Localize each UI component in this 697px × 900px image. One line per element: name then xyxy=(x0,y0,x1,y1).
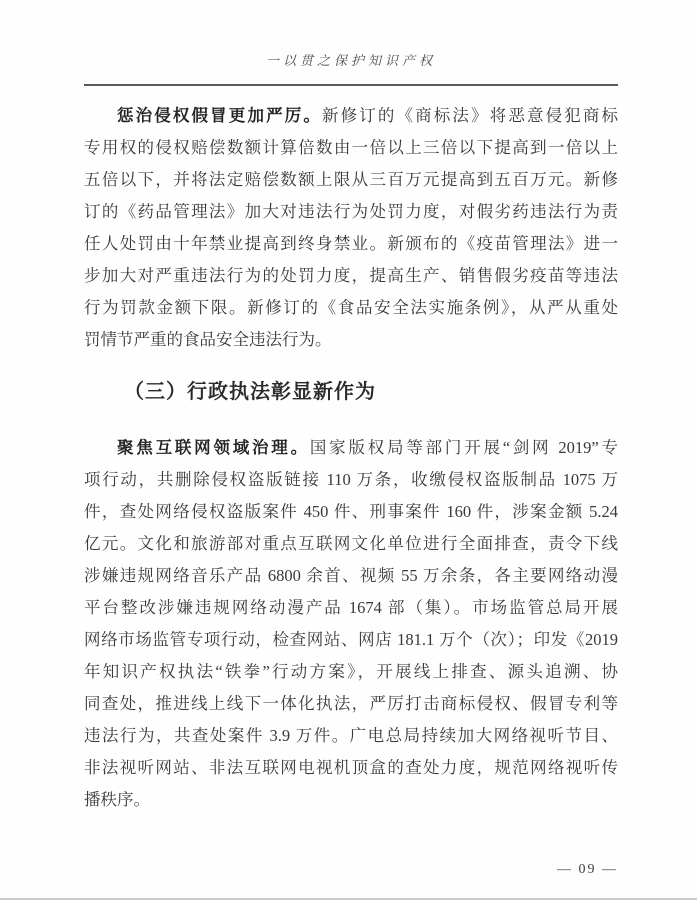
text-line: 涉嫌违规网络音乐产品 6800 余首、视频 55 万余条，各主要网络动漫 xyxy=(84,560,618,592)
text-line: 亿元。文化和旅游部对重点互联网文化单位进行全面排查，责令下线 xyxy=(84,528,618,560)
page-number: — 09 — xyxy=(84,862,618,878)
text-line: 网络市场监管专项行动，检查网站、网店 181.1 万个（次）；印发《2019 xyxy=(84,624,618,656)
paragraph-lead: 聚焦互联网领域治理。 xyxy=(117,438,310,457)
text-line: 任人处罚由十年禁业提高到终身禁业。新颁布的《疫苗管理法》进一 xyxy=(84,228,618,260)
text-line: 惩治侵权假冒更加严厉。新修订的《商标法》将恶意侵犯商标 xyxy=(84,100,618,132)
paragraph: 惩治侵权假冒更加严厉。新修订的《商标法》将恶意侵犯商标 专用权的侵权赔偿数额计算… xyxy=(84,100,618,356)
text-line: 罚情节严重的食品安全违法行为。 xyxy=(84,324,618,356)
text-line: 件，查处网络侵权盗版案件 450 件、刑事案件 160 件，涉案金额 5.24 xyxy=(84,496,618,528)
text-line: 五倍以下，并将法定赔偿数额上限从三百万元提高到五百万元。新修 xyxy=(84,164,618,196)
text-line: 步加大对严重违法行为的处罚力度，提高生产、销售假劣疫苗等违法 xyxy=(84,260,618,292)
text-line: 行为罚款金额下限。新修订的《食品安全法实施条例》，从严从重处 xyxy=(84,292,618,324)
text-line: 专用权的侵权赔偿数额计算倍数由一倍以上三倍以下提高到一倍以上 xyxy=(84,132,618,164)
text-line: 订的《药品管理法》加大对违法行为处罚力度，对假劣药违法行为责 xyxy=(84,196,618,228)
text-line: 年知识产权执法“铁拳”行动方案》，开展线上排查、源头追溯、协 xyxy=(84,656,618,688)
paragraph-text: 新修订的《商标法》将恶意侵犯商标 xyxy=(322,106,618,125)
paragraph: 聚焦互联网领域治理。国家版权局等部门开展“剑网 2019”专 项行动，共删除侵权… xyxy=(84,432,618,816)
text-line: 聚焦互联网领域治理。国家版权局等部门开展“剑网 2019”专 xyxy=(84,432,618,464)
text-line: 项行动，共删除侵权盗版链接 110 万条，收缴侵权盗版制品 1075 万 xyxy=(84,464,618,496)
text-line: 非法视听网站、非法互联网电视机顶盒的查处力度，规范网络视听传 xyxy=(84,752,618,784)
page-body: 惩治侵权假冒更加严厉。新修订的《商标法》将恶意侵犯商标 专用权的侵权赔偿数额计算… xyxy=(84,100,618,816)
running-head: 一以贯之保护知识产权 xyxy=(84,50,618,69)
text-line: 同查处，推进线上线下一体化执法，严厉打击商标侵权、假冒专利等 xyxy=(84,688,618,720)
paragraph-lead: 惩治侵权假冒更加严厉。 xyxy=(117,106,322,125)
section-heading: （三）行政执法彰显新作为 xyxy=(84,372,618,412)
document-page: 一以贯之保护知识产权 惩治侵权假冒更加严厉。新修订的《商标法》将恶意侵犯商标 专… xyxy=(0,0,697,900)
paragraph-text: 国家版权局等部门开展“剑网 2019”专 xyxy=(310,438,618,457)
text-line: 播秩序。 xyxy=(84,784,618,816)
header-divider xyxy=(84,84,618,86)
text-line: 平台整改涉嫌违规网络动漫产品 1674 部（集）。市场监管总局开展 xyxy=(84,592,618,624)
text-line: 违法行为，共查处案件 3.9 万件。广电总局持续加大网络视听节目、 xyxy=(84,720,618,752)
